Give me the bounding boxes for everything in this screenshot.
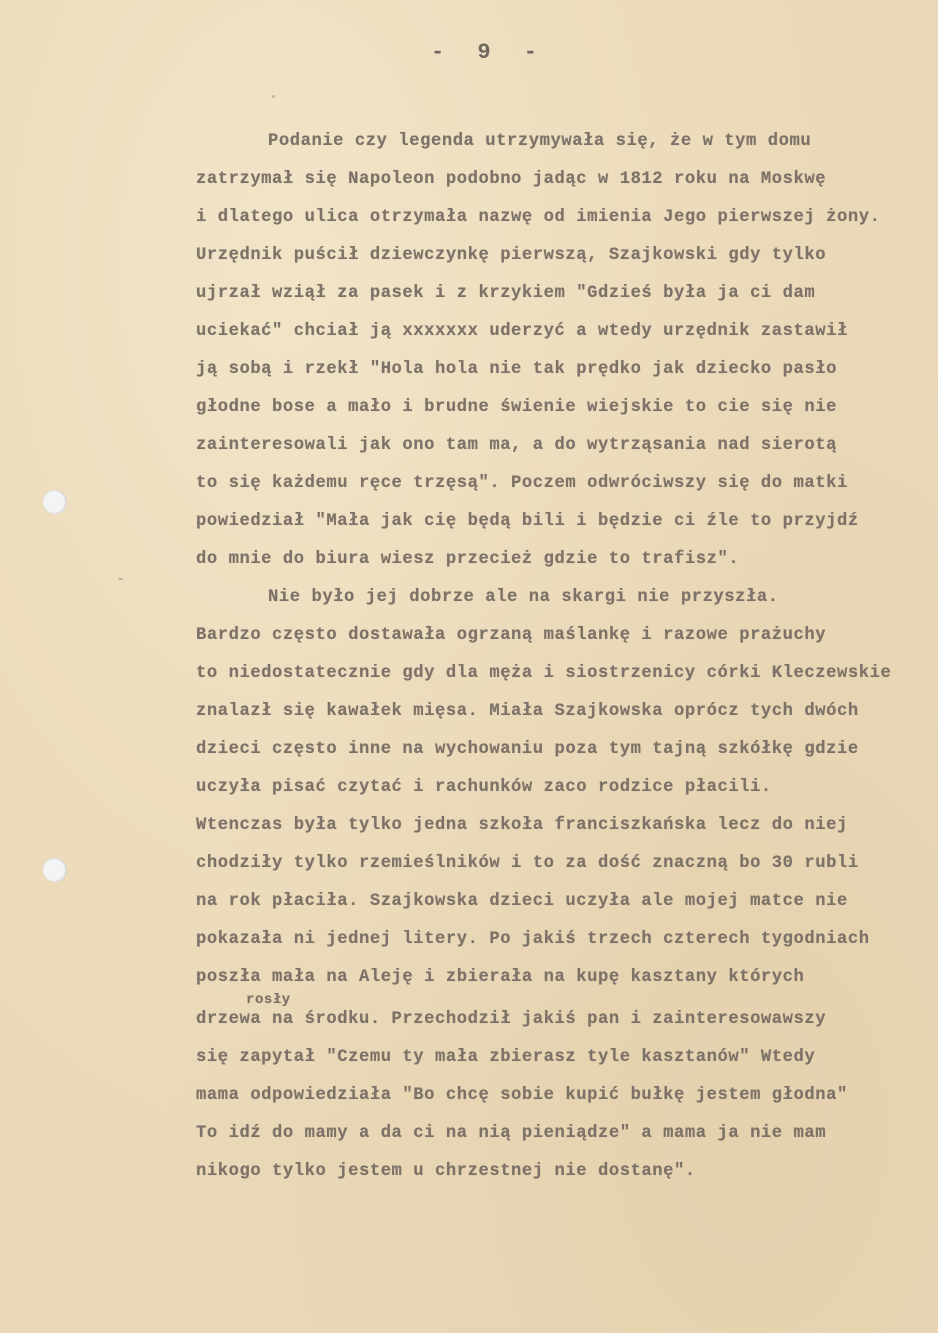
text-line: Nie było jej dobrze ale na skargi nie pr… — [268, 588, 779, 607]
paper-speck — [118, 578, 123, 580]
text-line: dzieci często inne na wychowaniu poza ty… — [196, 740, 859, 759]
text-line: chodziły tylko rzemieślników i to za doś… — [196, 854, 859, 873]
text-line: pokazała ni jednej litery. Po jakiś trze… — [196, 930, 870, 949]
text-line: się zapytał "Czemu ty mała zbierasz tyle… — [196, 1048, 815, 1067]
text-line: zatrzymał się Napoleon podobno jadąc w 1… — [196, 170, 826, 189]
text-line: Bardzo często dostawała ogrzaną maślankę… — [196, 626, 826, 645]
interlinear-insertion: rosły — [246, 992, 291, 1008]
text-line: To idź do mamy a da ci na nią pieniądze"… — [196, 1124, 826, 1143]
text-line: ją sobą i rzekł "Hola hola nie tak prędk… — [196, 360, 837, 379]
text-line: poszła mała na Aleję i zbierała na kupę … — [196, 968, 804, 987]
text-line: głodne bose a mało i brudne świenie wiej… — [196, 398, 837, 417]
punch-hole-bottom — [43, 858, 67, 882]
text-line: uciekać" chciał ją xxxxxxx uderzyć a wte… — [196, 322, 848, 341]
text-line: nikogo tylko jestem u chrzestnej nie dos… — [196, 1162, 696, 1181]
text-line: mama odpowiedziała "Bo chcę sobie kupić … — [196, 1086, 848, 1105]
text-line: powiedział "Mała jak cię będą bili i będ… — [196, 512, 859, 531]
text-line: i dlatego ulica otrzymała nazwę od imien… — [196, 208, 880, 227]
text-line: do mnie do biura wiesz przecież gdzie to… — [196, 550, 739, 569]
paper-speck — [272, 95, 275, 98]
text-line: drzewa na środku. Przechodził jakiś pan … — [196, 1010, 826, 1029]
text-line: ujrzał wziął za pasek i z krzykiem "Gdzi… — [196, 284, 815, 303]
text-line: uczyła pisać czytać i rachunków zaco rod… — [196, 778, 772, 797]
text-line: Podanie czy legenda utrzymywała się, że … — [268, 132, 811, 151]
page-number: - 9 - — [0, 40, 938, 65]
punch-hole-top — [43, 490, 67, 514]
text-line: to niedostatecznie gdy dla męża i siostr… — [196, 664, 891, 683]
typewritten-page: - 9 - Podanie czy legenda utrzymywała si… — [0, 0, 938, 1333]
text-line: to się każdemu ręce trzęsą". Poczem odwr… — [196, 474, 848, 493]
text-line: znalazł się kawałek mięsa. Miała Szajkow… — [196, 702, 859, 721]
text-line: Wtenczas była tylko jedna szkoła francis… — [196, 816, 848, 835]
text-line: zainteresowali jak ono tam ma, a do wytr… — [196, 436, 837, 455]
text-line: na rok płaciła. Szajkowska dzieci uczyła… — [196, 892, 848, 911]
text-line: Urzędnik puścił dziewczynkę pierwszą, Sz… — [196, 246, 826, 265]
